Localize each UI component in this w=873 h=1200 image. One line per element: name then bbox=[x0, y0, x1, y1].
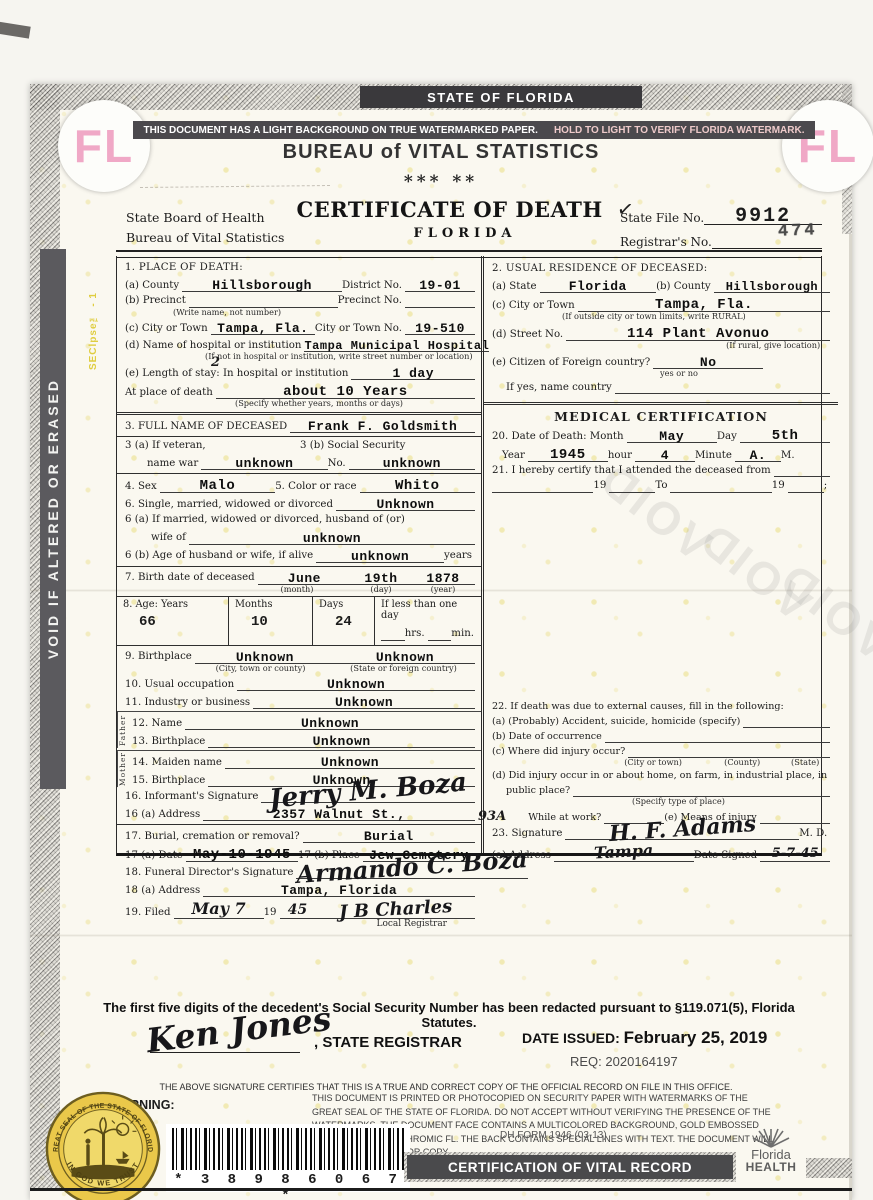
divider bbox=[117, 566, 481, 567]
field-note: (If rural, give location) bbox=[726, 341, 820, 351]
father-birthplace: Unknown bbox=[313, 734, 371, 749]
field-label: 23. Signature bbox=[492, 827, 565, 840]
field-label: M. D. bbox=[799, 827, 830, 840]
hospital-value: Tampa Municipal Hospital bbox=[304, 339, 489, 353]
field-label: 14. Maiden name bbox=[132, 756, 225, 769]
filed-date-handwritten: May 7 bbox=[192, 899, 246, 918]
row: 11. Industry or business Unknown bbox=[125, 693, 475, 709]
age-table: 8. Age: Years 66 Months 10 Days 24 If le… bbox=[117, 596, 481, 645]
date-signed-handwritten: 5-7-45 bbox=[772, 846, 819, 861]
field-label: City or Town No. bbox=[315, 322, 405, 335]
field-label: (d) Name of hospital or institution bbox=[125, 339, 304, 352]
informant-address: 2357 Walnut St., bbox=[273, 807, 406, 822]
blank-line bbox=[743, 715, 830, 728]
date-issued-label: DATE ISSUED: bbox=[522, 1030, 620, 1046]
field-label: (d) Street No. bbox=[492, 328, 566, 341]
page-subtitle: FLORIDA bbox=[270, 226, 660, 241]
row: (a) (Probably) Accident, suicide, homici… bbox=[492, 715, 830, 728]
birthplace-state: Unknown bbox=[376, 650, 434, 665]
death-hour: 4 bbox=[661, 448, 669, 463]
city-no-value: 19-510 bbox=[415, 321, 465, 336]
field-note: (Write name, not number) bbox=[173, 308, 281, 318]
field-label: 10. Usual occupation bbox=[125, 678, 237, 691]
filed-year-handwritten: 45 bbox=[288, 902, 307, 918]
document-title-block: CERTIFICATE OF DEATH✓ FLORIDA bbox=[270, 197, 660, 241]
field-label: 18 (a) Address bbox=[125, 884, 203, 897]
field-label: (c) City or Town bbox=[492, 299, 578, 312]
field-label: 16 (a) Address bbox=[125, 808, 203, 821]
field-label: (d) Did injury occur in or about home, o… bbox=[492, 770, 830, 782]
local-registrar-signature: J B Charles bbox=[338, 896, 452, 923]
row: wife of unknown bbox=[125, 529, 475, 545]
void-band-text: VOID IF ALTERED OR ERASED bbox=[45, 378, 61, 659]
row: (d) Did injury occur in or about home, o… bbox=[492, 770, 830, 782]
row: (a) County Hillsborough District No. 19-… bbox=[125, 276, 475, 292]
row: 3 (a) If veteran, 3 (b) Social Security bbox=[125, 439, 475, 452]
field-label: 17 (a) Date bbox=[125, 849, 186, 862]
field-note: (Specify type of place) bbox=[632, 797, 725, 807]
row: 9. Birthplace Unknown Unknown bbox=[125, 648, 475, 664]
residence-city: Tampa, Fla. bbox=[655, 297, 753, 313]
field-label: If less than one day bbox=[381, 599, 477, 621]
field-label: 4. Sex bbox=[125, 480, 160, 493]
request-number: REQ: 2020164197 bbox=[570, 1054, 678, 1069]
age-months-cell: Months 10 bbox=[229, 597, 313, 644]
field-note: (City or town) bbox=[602, 758, 704, 768]
bottom-banner-text: CERTIFICATION OF VITAL RECORD bbox=[407, 1155, 733, 1179]
age-years-value: 66 bbox=[139, 614, 224, 630]
marital-value: Unknown bbox=[376, 497, 434, 512]
age-days-cell: Days 24 bbox=[313, 597, 375, 644]
form-table: 1. PLACE OF DEATH: (a) County Hillsborou… bbox=[116, 256, 822, 856]
field-label: 16. Informant's Signature bbox=[125, 790, 261, 803]
page-title: CERTIFICATE OF DEATH bbox=[297, 197, 603, 222]
row: public place? bbox=[492, 784, 830, 797]
office-line: Bureau of Vital Statistics bbox=[126, 228, 284, 248]
field-note: (If outside city or town limits, write R… bbox=[562, 312, 746, 322]
field-label: 15. Birthplace bbox=[132, 774, 208, 787]
date-issued: DATE ISSUED: February 25, 2019 bbox=[522, 1028, 767, 1048]
field-label: 19 bbox=[593, 479, 609, 492]
row: (c) Where did injury occur? bbox=[492, 745, 830, 758]
blank-line bbox=[670, 480, 771, 493]
blank-line bbox=[615, 381, 830, 394]
field-label: 17. Burial, cremation or removal? bbox=[125, 830, 303, 843]
father-group: Father 12. Name Unknown 13. Birthplace U… bbox=[117, 711, 481, 748]
row: (b) Precinct Precinct No. bbox=[125, 294, 475, 307]
birthplace-city: Unknown bbox=[236, 650, 294, 665]
field-note: (month) bbox=[243, 585, 351, 595]
date-issued-value: February 25, 2019 bbox=[624, 1028, 768, 1047]
field-label: While at work? bbox=[528, 812, 604, 824]
deceased-name: Frank F. Goldsmith bbox=[308, 419, 457, 434]
field-note: (State) bbox=[780, 758, 830, 768]
field-label: (a) State bbox=[492, 280, 540, 293]
registrar-number-stamp: 474 bbox=[778, 221, 818, 241]
blank-line bbox=[774, 464, 831, 477]
field-label: At place of death bbox=[125, 386, 216, 399]
sunburst-icon bbox=[751, 1128, 791, 1148]
age-months-value: 10 bbox=[251, 614, 308, 630]
row: (b) Date of occurrence bbox=[492, 730, 830, 743]
city-value: Tampa, Fla. bbox=[217, 321, 308, 336]
spacer bbox=[763, 357, 830, 369]
field-label: Days bbox=[319, 599, 370, 610]
death-day: 5th bbox=[772, 428, 799, 444]
row: 16 (a) Address 2357 Walnut St., bbox=[125, 805, 475, 821]
field-label: hrs. bbox=[405, 627, 428, 640]
state-file-label: State File No. bbox=[620, 211, 704, 225]
bottom-banner: CERTIFICATION OF VITAL RECORD bbox=[404, 1152, 736, 1182]
mother-group-label: Mother bbox=[117, 751, 127, 787]
field-label: 13. Birthplace bbox=[132, 735, 208, 748]
birth-day: 19th bbox=[364, 571, 397, 586]
row: 17. Burial, cremation or removal? Burial bbox=[125, 827, 475, 843]
field-label: District No. bbox=[342, 279, 405, 292]
field-label: 5. Color or race bbox=[275, 480, 359, 493]
security-notice-text: HOLD TO LIGHT TO VERIFY FLORIDA WATERMAR… bbox=[554, 125, 805, 136]
field-label: 19. Filed bbox=[125, 906, 174, 919]
birth-month: June bbox=[288, 571, 321, 586]
field-label: 3 (a) If veteran, bbox=[125, 439, 300, 452]
funeral-director-address: Tampa, Florida bbox=[281, 883, 397, 898]
field-note: (County) bbox=[704, 758, 780, 768]
row: 2 (e) Length of stay: In hospital or ins… bbox=[125, 364, 475, 380]
field-label: name war bbox=[147, 457, 201, 470]
barcode-digits: * 3 8 9 8 6 0 6 7 * bbox=[172, 1172, 404, 1200]
field-label: wife of bbox=[151, 531, 189, 544]
field-label: Months bbox=[235, 599, 308, 610]
row: (a) Address Tampa Date Signed 5-7-45 bbox=[492, 842, 830, 862]
death-year: 1945 bbox=[550, 447, 586, 463]
certificate-sheet: STATE OF FLORIDA FL FL THIS DOCUMENT HAS… bbox=[30, 84, 852, 1200]
field-label: Precinct No. bbox=[338, 294, 405, 307]
residence-street: 114 Plant Avonuo bbox=[627, 326, 769, 342]
section-title: 22. If death was due to external causes,… bbox=[492, 701, 787, 713]
handwritten-note: 93A bbox=[478, 809, 506, 824]
field-label: min. bbox=[451, 627, 477, 640]
veteran-value: unknown bbox=[235, 456, 293, 471]
field-label: (b) County bbox=[656, 280, 714, 293]
signature-line bbox=[150, 1052, 300, 1053]
divider bbox=[117, 473, 481, 474]
county-value: Hillsborough bbox=[212, 278, 312, 293]
field-label: 21. I hereby certify that I attended the… bbox=[492, 464, 774, 477]
burial-type: Burial bbox=[364, 829, 414, 844]
field-label: years bbox=[444, 549, 475, 562]
blank-line bbox=[605, 730, 830, 743]
field-label: (e) Length of stay: In hospital or insti… bbox=[125, 367, 351, 380]
certification-statement: THE ABOVE SIGNATURE CERTIFIES THAT THIS … bbox=[70, 1082, 822, 1092]
row: 14. Maiden name Unknown bbox=[132, 753, 475, 769]
field-label: public place? bbox=[506, 785, 573, 797]
father-group-label: Father bbox=[117, 712, 127, 748]
field-label: 8. Age: Years bbox=[123, 599, 224, 610]
field-label: (e) Citizen of Foreign country? bbox=[492, 356, 653, 369]
field-label: (c) Where did injury occur? bbox=[492, 746, 628, 758]
spouse-value: unknown bbox=[303, 531, 361, 546]
field-label: Day bbox=[717, 430, 740, 443]
row: (e) Citizen of Foreign country? No bbox=[492, 353, 830, 369]
blank-line bbox=[428, 628, 452, 641]
age-less-than-day-cell: If less than one day hrs. min. bbox=[375, 597, 481, 644]
field-label: Minute bbox=[695, 449, 735, 462]
security-paper-mark: SEClpse™ - 1 bbox=[88, 292, 99, 370]
field-label: M. bbox=[781, 449, 798, 462]
row: 12. Name Unknown bbox=[132, 714, 475, 730]
blank-line bbox=[573, 784, 830, 797]
field-label: 7. Birth date of deceased bbox=[125, 571, 258, 584]
field-note: (day) bbox=[351, 585, 411, 595]
blank-line bbox=[760, 811, 831, 824]
form-number: DH FORM 1946 (03-13) bbox=[500, 1130, 607, 1141]
registrar-no-label: Registrar's No. bbox=[620, 235, 712, 249]
row: (d) Street No. 114 Plant Avonuo bbox=[492, 324, 830, 341]
field-label: 3 (b) Social Security bbox=[300, 439, 475, 452]
row: If yes, name country bbox=[492, 381, 830, 394]
field-label: 6. Single, married, widowed or divorced bbox=[125, 498, 336, 511]
row: 19. Filed May 7 19 45 J B Charles bbox=[125, 899, 475, 919]
security-notice-text: THIS DOCUMENT HAS A LIGHT BACKGROUND ON … bbox=[143, 125, 537, 136]
residence-medical-column: 2. USUAL RESIDENCE OF DECEASED: (a) Stat… bbox=[481, 256, 838, 853]
scanned-death-certificate: STATE OF FLORIDA FL FL THIS DOCUMENT HAS… bbox=[0, 0, 873, 1200]
field-label: (b) Precinct bbox=[125, 294, 189, 307]
row: (a) State Florida (b) County Hillsboroug… bbox=[492, 277, 830, 293]
row: 4. Sex Malo 5. Color or race Whito bbox=[125, 476, 475, 493]
issuing-office: State Board of Health Bureau of Vital St… bbox=[126, 208, 284, 248]
district-value: 19-01 bbox=[419, 278, 461, 293]
blank-line bbox=[405, 295, 475, 308]
birth-year: 1878 bbox=[426, 571, 459, 586]
sex-value: Malo bbox=[200, 478, 236, 494]
field-label: (c) City or Town bbox=[125, 322, 211, 335]
race-value: Whito bbox=[395, 478, 440, 494]
at-place-value: about 10 Years bbox=[283, 384, 408, 400]
field-label: If yes, name country bbox=[506, 381, 615, 394]
state-registrar-title: , STATE REGISTRAR bbox=[314, 1034, 462, 1051]
field-label: (a) (Probably) Accident, suicide, homici… bbox=[492, 716, 743, 728]
field-label: ; bbox=[824, 479, 830, 492]
blank-area bbox=[492, 493, 830, 699]
age-years-cell: 8. Age: Years 66 bbox=[117, 597, 229, 644]
row: 6 (a) If married, widowed or divorced, h… bbox=[125, 513, 475, 526]
blank-line bbox=[381, 628, 405, 641]
row: 18. Funeral Director's Signature Armando… bbox=[125, 864, 475, 879]
ornate-border-stub bbox=[806, 1158, 852, 1178]
barcode-icon bbox=[172, 1128, 404, 1170]
row: 6. Single, married, widowed or divorced … bbox=[125, 495, 475, 511]
field-label: 19 bbox=[264, 906, 280, 919]
section-title: 1. PLACE OF DEATH: bbox=[125, 261, 246, 274]
divider bbox=[117, 412, 481, 415]
field-note: yes or no bbox=[660, 369, 698, 379]
row: 19 To 19 ; bbox=[492, 479, 830, 492]
state-seal-icon: GREAT SEAL OF THE STATE OF FLORIDA IN GO… bbox=[44, 1090, 162, 1200]
row: 7. Birth date of deceased June 19th 1878 bbox=[125, 569, 475, 585]
row: (c) City or Town Tampa, Fla. City or Tow… bbox=[125, 319, 475, 335]
blank-line bbox=[788, 480, 824, 493]
physician-address-handwritten: Tampa bbox=[594, 841, 654, 863]
field-label: To bbox=[655, 479, 670, 492]
field-label: 6 (b) Age of husband or wife, if alive bbox=[125, 549, 316, 562]
death-month: May bbox=[659, 429, 684, 444]
stay-value: 1 day bbox=[392, 366, 434, 381]
residence-state: Florida bbox=[569, 279, 627, 294]
row: 16. Informant's Signature Jerry M. Boza bbox=[125, 790, 475, 803]
field-label: Date Signed bbox=[694, 849, 760, 862]
father-name: Unknown bbox=[301, 716, 359, 731]
row: 10. Usual occupation Unknown bbox=[125, 675, 475, 691]
row: 3. FULL NAME OF DECEASED Frank F. Goldsm… bbox=[125, 417, 475, 433]
row: (d) Name of hospital or institution Tamp… bbox=[125, 337, 475, 352]
ss-value: unknown bbox=[383, 456, 441, 471]
blank-line bbox=[609, 480, 655, 493]
row: hrs. min. bbox=[381, 627, 477, 640]
divider bbox=[484, 402, 838, 405]
field-label: (a) Address bbox=[492, 849, 554, 862]
barcode-block: * 3 8 9 8 6 0 6 7 * bbox=[166, 1124, 410, 1192]
row: 6 (b) Age of husband or wife, if alive u… bbox=[125, 547, 475, 563]
field-label: Year bbox=[502, 449, 528, 462]
bottom-rule bbox=[30, 1188, 852, 1191]
spouse-age-value: unknown bbox=[351, 549, 409, 564]
field-note: (State or foreign country) bbox=[332, 664, 475, 674]
great-seal-of-florida: GREAT SEAL OF THE STATE OF FLORIDA IN GO… bbox=[44, 1090, 162, 1200]
section-title: 2. USUAL RESIDENCE OF DECEASED: bbox=[492, 262, 710, 275]
place-of-death-column: 1. PLACE OF DEATH: (a) County Hillsborou… bbox=[117, 256, 481, 853]
logo-text: HEALTH bbox=[740, 1161, 802, 1173]
field-label: (a) County bbox=[125, 279, 182, 292]
blank-line bbox=[189, 295, 338, 308]
handwritten-note: 2 bbox=[211, 355, 220, 370]
state-of-florida-banner: STATE OF FLORIDA bbox=[360, 86, 642, 108]
field-label: No. bbox=[328, 457, 349, 470]
field-note: (If not in hospital or institution, writ… bbox=[205, 352, 473, 362]
bureau-title: BUREAU of VITAL STATISTICS bbox=[30, 141, 852, 164]
industry-value: Unknown bbox=[335, 695, 393, 710]
mother-maiden-name: Unknown bbox=[321, 755, 379, 770]
section-title: MEDICAL CERTIFICATION bbox=[492, 409, 830, 424]
florida-health-logo: Florida HEALTH bbox=[740, 1128, 802, 1173]
field-note: (City, town or county) bbox=[189, 664, 332, 674]
row: 20. Date of Death: Month May Day 5th bbox=[492, 426, 830, 443]
void-if-altered-band: VOID IF ALTERED OR ERASED bbox=[40, 249, 66, 789]
field-label: 12. Name bbox=[132, 717, 185, 730]
residence-county: Hillsborough bbox=[726, 280, 818, 294]
field-note: (year) bbox=[411, 585, 475, 595]
file-number-block: State File No. 9912 Registrar's No. 474 bbox=[620, 201, 822, 249]
field-label: 11. Industry or business bbox=[125, 696, 253, 709]
death-minute: A. bbox=[750, 448, 767, 463]
field-label: 9. Birthplace bbox=[125, 650, 195, 663]
field-label: (b) Date of occurrence bbox=[492, 731, 605, 743]
row: 18 (a) Address Tampa, Florida bbox=[125, 881, 475, 897]
row: Registrar's No. 474 bbox=[620, 233, 822, 249]
row: At place of death about 10 Years bbox=[125, 382, 475, 399]
row: name war unknown No. unknown bbox=[125, 454, 475, 470]
stars-mark: *** ** bbox=[30, 172, 852, 192]
divider bbox=[117, 436, 481, 437]
field-label: 19 bbox=[772, 479, 788, 492]
sheet-edge bbox=[849, 234, 852, 1200]
field-label: 20. Date of Death: Month bbox=[492, 430, 627, 443]
citizen-value: No bbox=[700, 355, 717, 370]
scan-artifact bbox=[0, 21, 31, 38]
field-label: 6 (a) If married, widowed or divorced, h… bbox=[125, 513, 408, 526]
occupation-value: Unknown bbox=[327, 677, 385, 692]
divider bbox=[117, 824, 481, 825]
burial-date: May-10-1945 bbox=[193, 847, 291, 863]
row: 13. Birthplace Unknown bbox=[132, 732, 475, 748]
security-notice-bar: THIS DOCUMENT HAS A LIGHT BACKGROUND ON … bbox=[133, 121, 815, 139]
fold-crease bbox=[30, 934, 852, 937]
row: 23. Signature H. F. Adams M. D. bbox=[492, 826, 830, 840]
field-note: (Specify whether years, months or days) bbox=[235, 399, 403, 409]
office-line: State Board of Health bbox=[126, 208, 284, 228]
field-label: 3. FULL NAME OF DECEASED bbox=[125, 420, 290, 433]
field-label: hour bbox=[608, 449, 635, 462]
blank-line bbox=[628, 745, 830, 758]
age-days-value: 24 bbox=[335, 614, 370, 630]
field-label: 18. Funeral Director's Signature bbox=[125, 866, 296, 879]
row: (c) City or Town Tampa, Fla. bbox=[492, 295, 830, 312]
row: 21. I hereby certify that I attended the… bbox=[492, 464, 830, 477]
row: Year 1945 hour 4 Minute A. M. bbox=[492, 445, 830, 462]
blank-line bbox=[492, 480, 593, 493]
